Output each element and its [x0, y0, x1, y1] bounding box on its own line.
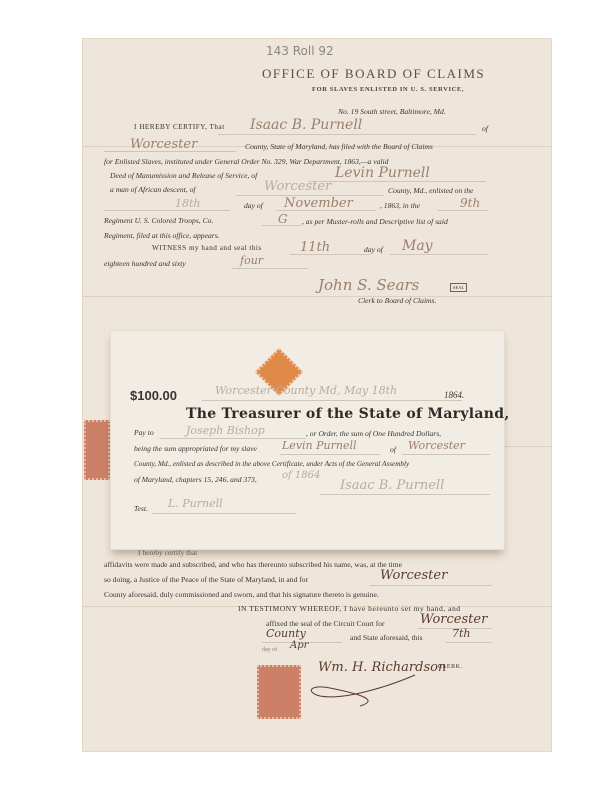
test-label: Test. [134, 504, 148, 513]
voucher-amount: $100.00 [130, 388, 177, 403]
voucher-slave-name: Levin Purnell [282, 439, 357, 452]
court-day: 7th [452, 627, 471, 640]
signature-flourish [300, 670, 420, 710]
county-word: County [266, 627, 306, 640]
cert-of: of [482, 124, 488, 133]
fill-line [308, 181, 486, 182]
witness-day-of: day of [364, 245, 383, 254]
cert-line5-prefix: a man of African descent, of [110, 185, 196, 194]
court-line3: County aforesaid, duly commissioned and … [104, 590, 379, 599]
test-signature: L. Purnell [168, 497, 223, 510]
court-month: Apr [290, 640, 308, 651]
county-2: Worcester [264, 179, 331, 194]
cert-line7-prefix: Regiment U. S. Colored Troops, Co. [104, 216, 213, 225]
fill-line [320, 494, 490, 495]
fill-line [390, 254, 488, 255]
witness-day: 11th [300, 240, 330, 255]
revenue-stamp-bottom [257, 665, 301, 719]
slave-name: Levin Purnell [335, 165, 430, 181]
cert-line5-suffix: County, Md., enlisted on the [388, 186, 473, 195]
county-1: Worcester [130, 137, 197, 152]
year-word: four [240, 254, 263, 267]
enlist-month: November [284, 196, 353, 211]
revenue-stamp-left [84, 420, 110, 480]
voucher-county: Worcester [408, 439, 465, 452]
clerk-signature: John S. Sears [318, 276, 419, 294]
fold-line [82, 296, 552, 297]
court-clerk-title: CLERK. [438, 664, 463, 670]
voucher-signature: Isaac B. Purnell [340, 478, 444, 493]
cert-line1-prefix: I HEREBY CERTIFY, That [134, 123, 225, 131]
voucher-line4: of Maryland, chapters 15, 246, and 373, [134, 475, 257, 484]
fill-line [104, 210, 230, 211]
fill-line [202, 400, 462, 401]
voucher-line3: County, Md., enlisted as described in th… [134, 460, 409, 468]
pay-to-label: Pay to [134, 428, 154, 437]
court-county-2: Worcester [420, 612, 487, 627]
claimant-name: Isaac B. Purnell [250, 117, 362, 133]
seal-box: SEAL [450, 283, 467, 292]
fill-line [280, 454, 380, 455]
cert-line7-suffix: , as per Muster-rolls and Descriptive li… [302, 217, 448, 226]
year-prefix: eighteen hundred and sixty [104, 259, 186, 268]
voucher-title: The Treasurer of the State of Maryland, [186, 406, 510, 422]
court-line1: affidavits were made and subscribed, and… [104, 560, 402, 569]
enlist-day: 18th [175, 197, 201, 210]
court-day-of: day of [262, 647, 277, 653]
cert-line2: County, State of Maryland, has filed wit… [245, 142, 433, 151]
clerk-title: Clerk to Board of Claims. [358, 296, 436, 305]
company: G [278, 212, 288, 226]
witness-prefix: WITNESS my hand and seal this [152, 244, 262, 252]
cert-line8: Regiment, filed at this office, appears. [104, 231, 220, 240]
certificate-subtitle: FOR SLAVES ENLISTED IN U. S. SERVICE, [312, 86, 464, 93]
voucher-of: of [390, 445, 396, 454]
certificate-title: OFFICE OF BOARD OF CLAIMS [262, 66, 485, 82]
voucher-place-date: Worcester County Md, May 18th [215, 384, 397, 397]
pencil-note: 143 Roll 92 [266, 44, 334, 58]
fill-line [438, 210, 488, 211]
fill-line [218, 134, 476, 135]
fill-line [370, 585, 492, 586]
voucher-line2-prefix: being the sum appropriated for my slave [134, 444, 257, 453]
witness-month: May [402, 238, 433, 254]
voucher-line4-hw: of 1864 [282, 470, 320, 481]
court-line2-prefix: so doing, a Justice of the Peace of the … [104, 575, 308, 584]
fill-line [152, 513, 296, 514]
court-county-1: Worcester [380, 568, 447, 583]
cert-day-of: day of [244, 201, 263, 210]
state-text: and State aforesaid, this [350, 633, 423, 642]
certificate-address: No. 19 South street, Baltimore, Md. [338, 107, 446, 116]
voucher-year: 1864. [444, 390, 464, 400]
fill-line [446, 642, 492, 643]
enlist-year: , 1863, in the [380, 201, 420, 210]
fill-line [402, 454, 490, 455]
cert-line4-prefix: Deed of Manumission and Release of Servi… [110, 171, 257, 180]
fill-line [232, 268, 308, 269]
regiment-number: 9th [460, 196, 480, 210]
payee: Joseph Bishop [186, 424, 265, 437]
pay-suffix: , or Order, the sum of One Hundred Dolla… [306, 429, 441, 438]
